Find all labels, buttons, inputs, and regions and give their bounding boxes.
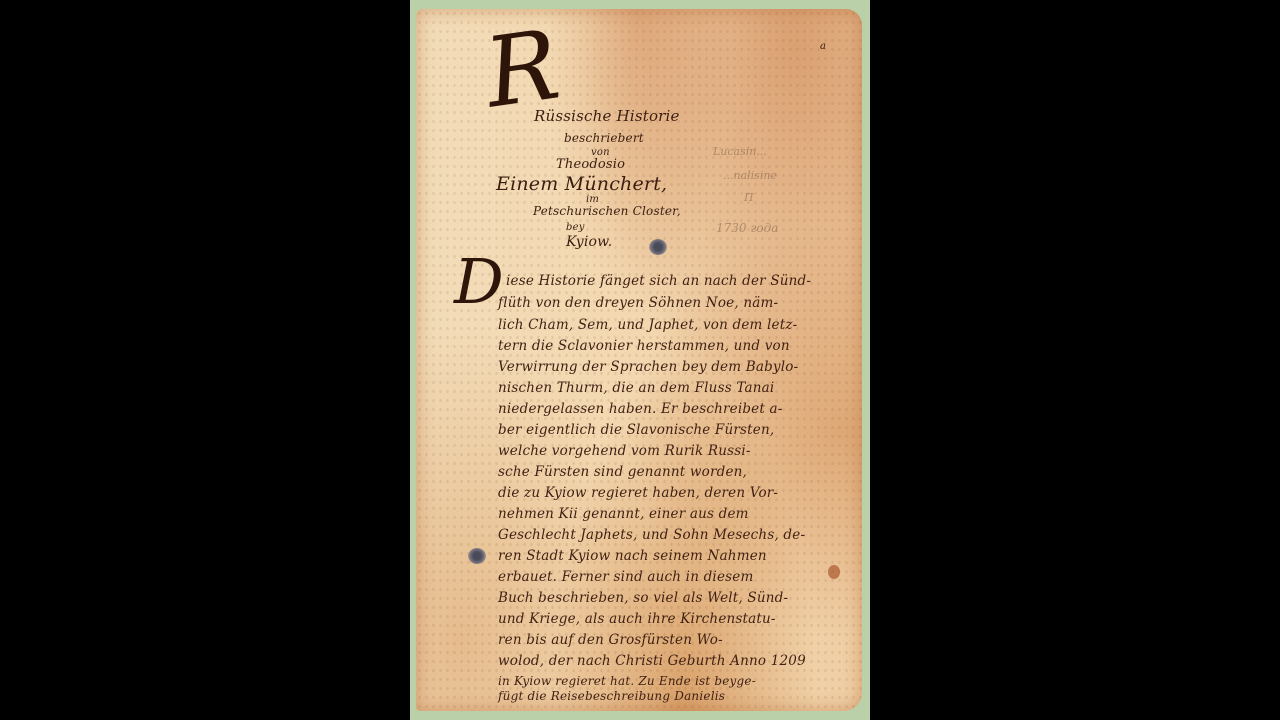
- title-line-1: Rüssische Historie: [534, 107, 680, 125]
- body-line: Geschlecht Japhets, und Sohn Mesechs, de…: [498, 527, 805, 543]
- body-line: die zu Kyiow regieret haben, deren Vor-: [498, 485, 778, 501]
- body-line: in Kyiow regieret hat. Zu Ende ist beyge…: [498, 674, 756, 688]
- body-line: Verwirrung der Sprachen bey dem Babylo-: [498, 359, 798, 375]
- margin-note-2: ...nalisine: [723, 169, 777, 182]
- body-line: ren bis auf den Grosfürsten Wo-: [498, 632, 723, 648]
- title-line-2: beschriebert: [564, 131, 644, 145]
- body-line: ren Stadt Kyiow nach seinem Nahmen: [498, 548, 767, 564]
- decorative-initial-d: D: [454, 245, 504, 318]
- body-line: nischen Thurm, die an dem Fluss Tanai: [498, 380, 774, 396]
- margin-note-4: 1730 года: [716, 221, 778, 235]
- body-line: lich Cham, Sem, und Japhet, von dem letz…: [498, 317, 797, 333]
- library-stamp-icon: [649, 239, 667, 255]
- image-viewer: a R Rüssische Historie beschriebert von …: [0, 0, 1280, 720]
- body-line: niedergelassen haben. Er beschreibet a-: [498, 401, 783, 417]
- body-line: fügt die Reisebeschreibung Danielis: [498, 689, 725, 703]
- ink-stain: [828, 565, 840, 579]
- title-line-7: Petschurischen Closter,: [533, 204, 681, 218]
- body-line: welche vorgehend vom Rurik Russi-: [498, 443, 751, 459]
- title-line-9: Kyiow.: [566, 234, 612, 250]
- manuscript-page: a R Rüssische Historie beschriebert von …: [416, 9, 862, 711]
- margin-note-3: П: [744, 191, 754, 204]
- folio-mark: a: [820, 41, 826, 52]
- body-line: nehmen Kii genannt, einer aus dem: [498, 506, 749, 522]
- library-stamp-icon: [468, 548, 486, 564]
- body-line: sche Fürsten sind genannt worden,: [498, 464, 747, 480]
- title-line-4: Theodosio: [556, 157, 625, 172]
- margin-note-1: Lucasin...: [713, 145, 767, 158]
- manuscript-scan: a R Rüssische Historie beschriebert von …: [410, 0, 870, 720]
- body-line: wolod, der nach Christi Geburth Anno 120…: [498, 653, 806, 669]
- body-line: flüth von den dreyen Söhnen Noe, näm-: [498, 295, 778, 311]
- body-line: erbauet. Ferner sind auch in diesem: [498, 569, 753, 585]
- body-line: und Kriege, als auch ihre Kirchenstatu-: [498, 611, 776, 627]
- body-line: iese Historie fänget sich an nach der Sü…: [506, 273, 811, 289]
- body-line: Buch beschrieben, so viel als Welt, Sünd…: [498, 590, 788, 606]
- body-line: tern die Sclavonier herstammen, und von: [498, 338, 790, 354]
- body-line: ber eigentlich die Slavonische Fürsten,: [498, 422, 774, 438]
- title-line-5: Einem Münchert,: [496, 173, 667, 195]
- title-line-8: bey: [566, 222, 585, 233]
